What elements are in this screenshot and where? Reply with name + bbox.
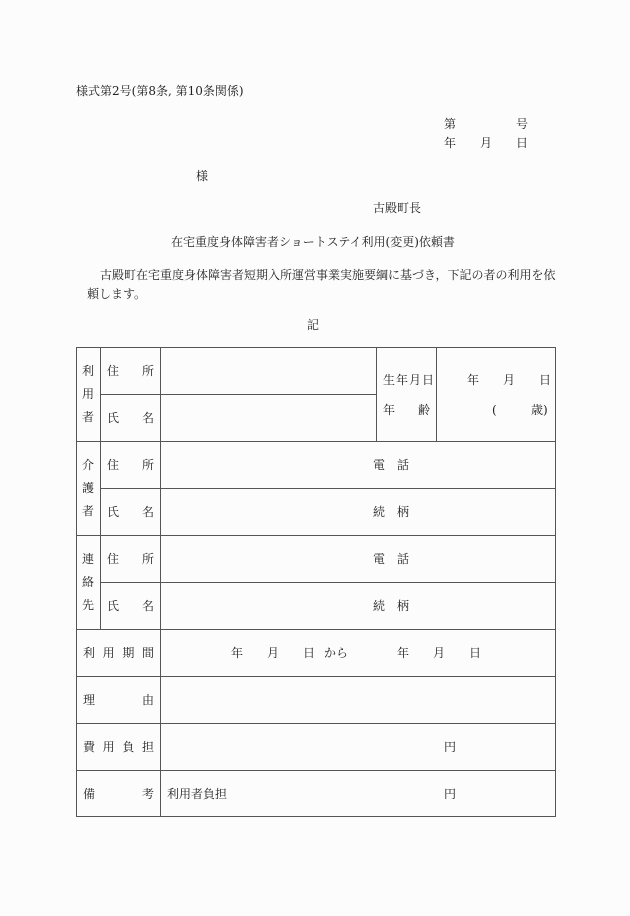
age-open-paren: (	[492, 403, 497, 417]
period-from-month: 月	[267, 646, 279, 660]
age-unit: 歳)	[531, 403, 548, 417]
caregiver-relation-label: 続 柄	[373, 505, 409, 519]
user-name-label: 氏名	[107, 411, 154, 425]
ki-heading: 記	[307, 318, 319, 332]
contact-address-label: 住所	[107, 552, 154, 566]
contact-group-label: 連 絡 先	[81, 548, 95, 617]
user-group-label: 利 用 者	[81, 360, 95, 429]
period-to-month: 月	[433, 646, 445, 660]
age-label: 年齢	[383, 403, 430, 417]
period-to-year: 年	[397, 646, 409, 660]
sender-name: 古殿町長	[373, 201, 421, 215]
period-from-suffix: から	[324, 646, 348, 660]
reason-field[interactable]	[161, 677, 555, 723]
date-month: 月	[480, 136, 492, 150]
divider	[100, 347, 101, 629]
form-number: 様式第2号(第8条, 第10条関係)	[76, 84, 244, 98]
doc-number-prefix: 第	[444, 117, 456, 131]
contact-relation-label: 続 柄	[373, 599, 409, 613]
caregiver-name-label: 氏名	[107, 505, 154, 519]
caregiver-name-field[interactable]	[161, 489, 361, 535]
contact-name-field[interactable]	[161, 583, 361, 629]
caregiver-group-label: 介 護 者	[81, 454, 95, 523]
remarks-unit: 円	[444, 787, 456, 801]
period-label: 利用期間	[83, 646, 154, 660]
contact-address-field[interactable]	[161, 536, 361, 582]
divider	[376, 347, 377, 441]
user-address-field[interactable]	[161, 348, 375, 394]
date-year: 年	[444, 136, 456, 150]
user-address-label: 住所	[107, 364, 154, 378]
birthdate-field[interactable]	[437, 348, 555, 394]
date-day: 日	[516, 136, 528, 150]
caregiver-address-label: 住所	[107, 458, 154, 472]
caregiver-address-field[interactable]	[161, 442, 361, 488]
body-text-line1: 古殿町在宅重度身体障害者短期入所運営事業実施要綱に基づき，下記の者の利用を依	[100, 268, 556, 282]
cost-unit: 円	[444, 740, 456, 754]
reason-label: 理由	[83, 693, 154, 707]
cost-label: 費用負担	[83, 740, 154, 754]
cost-field[interactable]	[161, 724, 441, 770]
document-title: 在宅重度身体障害者ショートステイ利用(変更)依頼書	[171, 235, 455, 249]
period-from-year: 年	[231, 646, 243, 660]
remarks-amount-field[interactable]	[240, 771, 440, 817]
body-text-line2: 頼します。	[87, 287, 146, 301]
caregiver-phone-label: 電 話	[373, 458, 409, 472]
period-to-day: 日	[469, 646, 481, 660]
divider	[76, 629, 556, 630]
remarks-user-burden: 利用者負担	[167, 787, 227, 801]
remarks-label: 備考	[83, 787, 154, 801]
birthdate-label: 生年月日	[383, 373, 435, 387]
user-name-field[interactable]	[161, 395, 375, 441]
doc-number-suffix: 号	[516, 117, 528, 131]
addressee-suffix: 様	[196, 169, 208, 183]
contact-name-label: 氏名	[107, 599, 154, 613]
period-from-day: 日	[303, 646, 315, 660]
contact-phone-label: 電 話	[373, 552, 409, 566]
